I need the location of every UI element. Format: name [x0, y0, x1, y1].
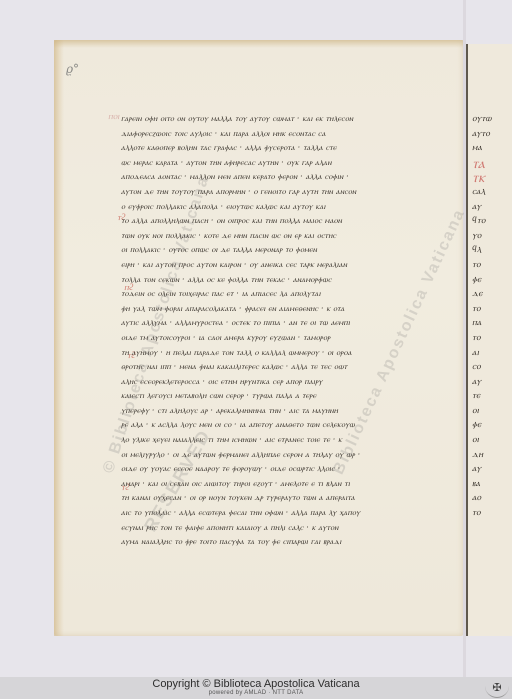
text-line: ⲁⲩ	[472, 375, 512, 390]
rubric-initial: ⲧⲁ	[472, 156, 512, 171]
copyright-text: Copyright © Biblioteca Apostolica Vatica…	[0, 677, 512, 690]
text-line: ϥⲧⲟ	[472, 214, 512, 229]
text-line: ⲇⲏ	[472, 448, 512, 463]
text-line: ⲩⲡⲉⲣⲉⲫⲩ · ⲥⲧⲓ ⲁⲗⲏⲗⲟⲩⲥ ⲁⲣ · ⲁⲣⲉⲕⲁⲗⲙⲏⲛⲏⲙⲁ …	[121, 404, 446, 419]
text-line: ⲉⲥⲩⲛⲁⲓ ⲣⲏⲥ ⲧⲟⲛ ⲧⲉ ⲫⲁⲓⲫⲉ ⲁⲡⲟⲛⲏⲧⲓ ⲕⲁⲓⲁⲓⲟⲩ …	[121, 521, 446, 536]
text-line: ⲧⲟ	[472, 331, 512, 346]
text-line: ⲟⲓ	[472, 404, 512, 419]
text-line: ⲗⲟ ⲩⲗⲓⲕⲉ ⲭⲉⲩⲉⲓ ⲛⲁⲓⲁⲗⲗⲉⲓⲥ ⲧⲓ ⲧⲏⲙ ⲓⲥⲙⲏⲱⲛ ·…	[121, 433, 446, 448]
text-line: ⲫⲉ	[472, 273, 512, 288]
text-line: ⲟⲩⲧⲱ	[472, 112, 512, 127]
text-line: ⲥⲟ	[472, 360, 512, 375]
text-line: ⲧⲟ ⲁⲗⲗⲁ ⲁⲡⲟⲗⲗⲏⲗⲱⲛ ⲡⲁⲥⲏ · ⲟⲛ ⲟⲓⲡⲣⲟⲥ ⲕⲁⲓ ⲧ…	[121, 214, 446, 229]
recto-text: ⲟⲩⲧⲱ ⲁⲩⲧⲟ ⲙⲁ ⲧⲁ ⲧⲕ ⲥⲁⲗ ⲁⲩ ϥⲧⲟ ⲩⲟ ϥⲗ ⲧⲟ ⲫ…	[472, 112, 512, 521]
powered-by-text: powered by AMLAD · NTT DATA	[0, 690, 512, 697]
text-line: ⲟⲓ	[472, 433, 512, 448]
rubric-initial: ⲧⲕ	[472, 170, 512, 185]
text-line: ⲃⲁ	[472, 477, 512, 492]
text-line: ⲁⲩ	[472, 462, 512, 477]
text-line: ⲅⲁⲣⲉⲓⲛ ⲟⲫⲏ ⲟⲓⲧⲟ ⲟⲛ ⲟⲩⲧⲟⲩ ⲙⲁⲗⲗⲁ ⲧⲟⲩ ⲁⲩⲧⲟⲩ…	[121, 112, 446, 127]
text-line: ⲇⲉ	[472, 287, 512, 302]
footer: Copyright © Biblioteca Apostolica Vatica…	[0, 677, 512, 699]
text-line: ⲣⲉ ⲁⲗⲁ · ⲕ ⲁⲥⲗⲗⲁ ⲗⲟⲩⲥ ⲙⲉⲛ ⲟⲓ ⲥⲟ · ⲓⲁ ⲁⲡⲉ…	[121, 418, 446, 433]
text-line: ⲟ ⲉⲩⲫⲣⲟⲓⲥ ⲡⲟⲗⲗⲁⲕⲓⲥ ⲁⲗⲁⲡⲟⲗⲁ · ⲉⲓⲟⲩⲧⲱⲥ ⲕⲁⲗ…	[121, 200, 446, 215]
margin-note: ⲡⲟⲓ	[108, 112, 119, 122]
text-line: ⲁⲩⲙⲁ ⲛⲁⲓⲁⲗⲗⲏⲥ ⲧⲟ ⲫⲣⲉ ⲧⲟⲓⲧⲟ ⲡⲁⲥⲩⲫⲁ ⲧⲁ ⲧⲟⲩ…	[121, 535, 446, 550]
text-line: ⲁⲩⲧⲟ	[472, 127, 512, 142]
text-line: ⲧⲱⲛ ⲟⲩⲕ ⲛⲟⲓ ⲡⲟⲗⲗⲁⲕⲓⲥ · ⲕⲟⲧⲉ ⲇⲉ ⲙⲏⲛ ⲡⲁⲥⲓⲛ…	[121, 229, 446, 244]
text-line: ⲥⲁⲗ	[472, 185, 512, 200]
text-line: ⲧⲟ	[472, 302, 512, 317]
text-line: ⲇⲓⲁⲫⲟⲣⲉⲥⲍⲱⲟⲓⲥ ⲧⲟⲓⲥ ⲁⲩⲗⲟⲓⲥ · ⲕⲁⲓ ⲡⲁⲣⲁ ⲁⲗⲗ…	[121, 127, 446, 142]
text-line: ⲁⲗⲗⲟⲧⲉ ⲕⲁⲑⲟⲡⲉⲣ ⲃⲟⲗⲏⲛ ⲧⲁⲥ ⲅⲣⲁⲫⲁⲥ · ⲁⲗⲗⲁ ⲫ…	[121, 141, 446, 156]
text-line: ⲕⲁⲓⲉⲥⲧⲓ ⲗⲉⲅⲟⲩⲥⲓ ⲙⲉⲧⲁⲃⲟⲗⲏ ⲥⲱⲛ ⲥⲉⲣⲟⲣ · ⲧⲩⲣ…	[121, 389, 446, 404]
text-line: ⲁⲩⲧⲟⲛ ⲇⲉ ⲧⲏⲛ ⲧⲟⲩⲧⲟⲩ ⲡⲁⲣⲁ ⲁⲡⲟⲣⲙⲏⲛ · ⲟ ⲅⲉⲛ…	[121, 185, 446, 200]
text-line: ⲧⲟ	[472, 506, 512, 521]
text-line: ⲧⲟ	[472, 258, 512, 273]
text-line: ⲧⲉ	[472, 389, 512, 404]
text-line: ⲱⲥ ⲙⲉⲣⲁⲥ ⲕⲁⲣⲁⲧⲁ · ⲁⲩⲧⲟⲛ ⲧⲏⲛ ⲁⲫⲏⲣⲉⲥⲁⲥ ⲁⲩⲧ…	[121, 156, 446, 171]
folio-number: ϱ°	[66, 62, 79, 76]
text-line: ⲁⲩ	[472, 200, 512, 215]
manuscript-viewer[interactable]: ϱ° ⲡⲟⲓ ⲧϩ ⲡϩ ⲧϩ ⲧϩ ⲅⲁⲣⲉⲓⲛ ⲟⲫⲏ ⲟⲓⲧⲟ ⲟⲛ ⲟⲩ…	[0, 0, 512, 677]
text-line: ⲡⲁ	[472, 316, 512, 331]
text-line: ϥⲗ	[472, 243, 512, 258]
text-line: ⲩⲟ	[472, 229, 512, 244]
text-line: ⲟⲓ ⲙⲉⲗⲓⲩⲣⲩⲗⲟ · ⲟⲓ ⲇⲉ ⲁⲩⲧⲱⲛ ⲫⲉⲣⲙⲁⲛⲉⲓ ⲁⲗⲗⲏ…	[121, 448, 446, 463]
text-line: ⲫⲉ	[472, 418, 512, 433]
text-line: ⲁⲓ	[472, 346, 512, 361]
text-line: ⲁⲗⲏⲥ ⲉⲥⲉⲟⲣⲉⲕⲗⲉⲧⲉⲣⲟⲥⲥⲁ · ⲟⲓⲥ ⲉⲧⲏⲙ ⲏⲣⲩⲛⲧⲓⲕ…	[121, 375, 446, 390]
text-line: ⲁⲟ	[472, 491, 512, 506]
text-line: ⲁⲡⲟⲇⲉⲁⲥⲁ ⲁⲟⲛⲧⲁⲥ · ⲙⲁⲗⲗⲟⲛ ⲙⲉⲛ ⲁⲡⲉⲛ ⲕⲉⲣⲁⲧⲟ…	[121, 170, 446, 185]
text-line: ⲙⲁ	[472, 141, 512, 156]
